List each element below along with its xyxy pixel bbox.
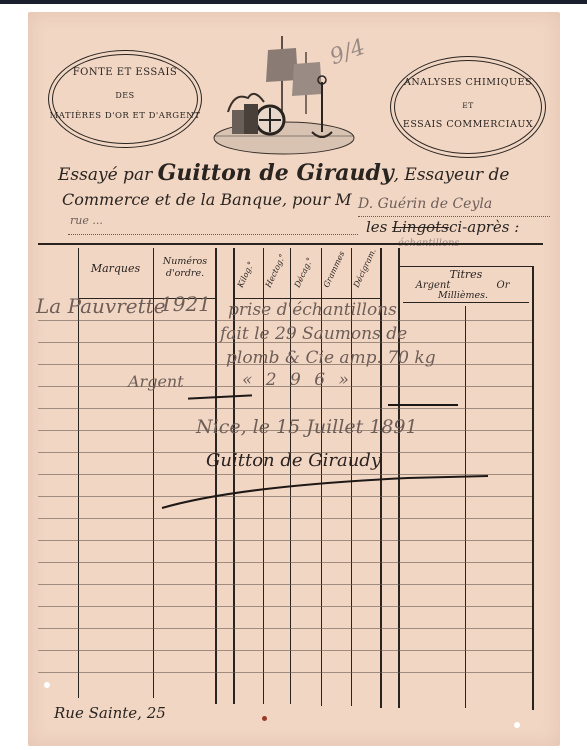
entry-note-line-1: prise d'échantillons [228,300,397,320]
client-address-handwritten: rue ... [70,214,103,227]
struck-word: Lingots [392,218,449,236]
right-oval-top-text: ANALYSES CHIMIQUES [391,77,545,88]
header-grammes: Grammes [322,250,347,289]
les-text: les [366,218,387,236]
punch-hole [262,716,267,721]
right-letterhead-oval: ANALYSES CHIMIQUES ET ESSAIS COMMERCIAUX [390,56,546,158]
entry-note-line-2: fait le 29 Saumons de [220,324,407,344]
left-oval-bottom-text: MATIÈRES D'OR ET D'ARGENT [49,111,201,121]
heading-line-2: Commerce et de la Banque, pour M [62,190,351,209]
entry-numero: 1921 [160,292,211,316]
heading-line-1: Essayé par Guitton de Giraudy, Essayeur … [58,160,510,186]
heading-suffix: , Essayeur de [394,165,510,185]
heading-prefix: Essayé par [58,165,152,185]
assayer-name: Guitton de Giraudy [158,160,394,186]
ci-apres-text: ci-après : [449,218,519,236]
footer-address: Rue Sainte, 25 [54,704,166,722]
heading-line-3: les Lingotsci-après : [366,218,519,236]
punch-hole [514,722,520,728]
header-marques: Marques [78,262,153,275]
header-decigram: Décigram. [352,247,378,289]
left-oval-top-text: FONTE ET ESSAIS [49,67,201,78]
left-letterhead-oval: FONTE ET ESSAIS DES MATIÈRES D'OR ET D'A… [48,50,202,148]
header-hectog: Hectog.° [264,253,287,289]
signature-flourish [158,472,518,512]
scan-border [0,0,587,4]
header-decag: Décag.° [293,256,315,289]
entry-argent-label: Argent [128,372,184,391]
right-oval-bottom-text: ESSAIS COMMERCIAUX [391,119,545,130]
left-oval-middle-text: DES [49,91,201,100]
assay-certificate-paper: FONTE ET ESSAIS DES MATIÈRES D'OR ET D'A… [28,12,560,746]
client-name-handwritten: D. Guérin de Ceyla [358,196,492,212]
punch-hole [44,682,50,688]
entry-marque: La Pauvrette [36,294,166,318]
header-numeros: Numéros d'ordre. [156,256,214,280]
right-oval-middle-text: ET [391,101,545,110]
date-line: Nice, le 15 Juillet 1891 [196,416,418,438]
header-kilog: Kilog.° [236,260,256,289]
heading-line2-text: Commerce et de la Banque, pour M [62,190,351,209]
entry-note-line-3: plomb & Cie amp. 70 kg [226,348,436,368]
signature: Guitton de Giraudy [206,450,381,471]
entry-value: « 2 9 6 » [242,370,353,390]
header-milliemes: Millièmes. [423,290,503,301]
